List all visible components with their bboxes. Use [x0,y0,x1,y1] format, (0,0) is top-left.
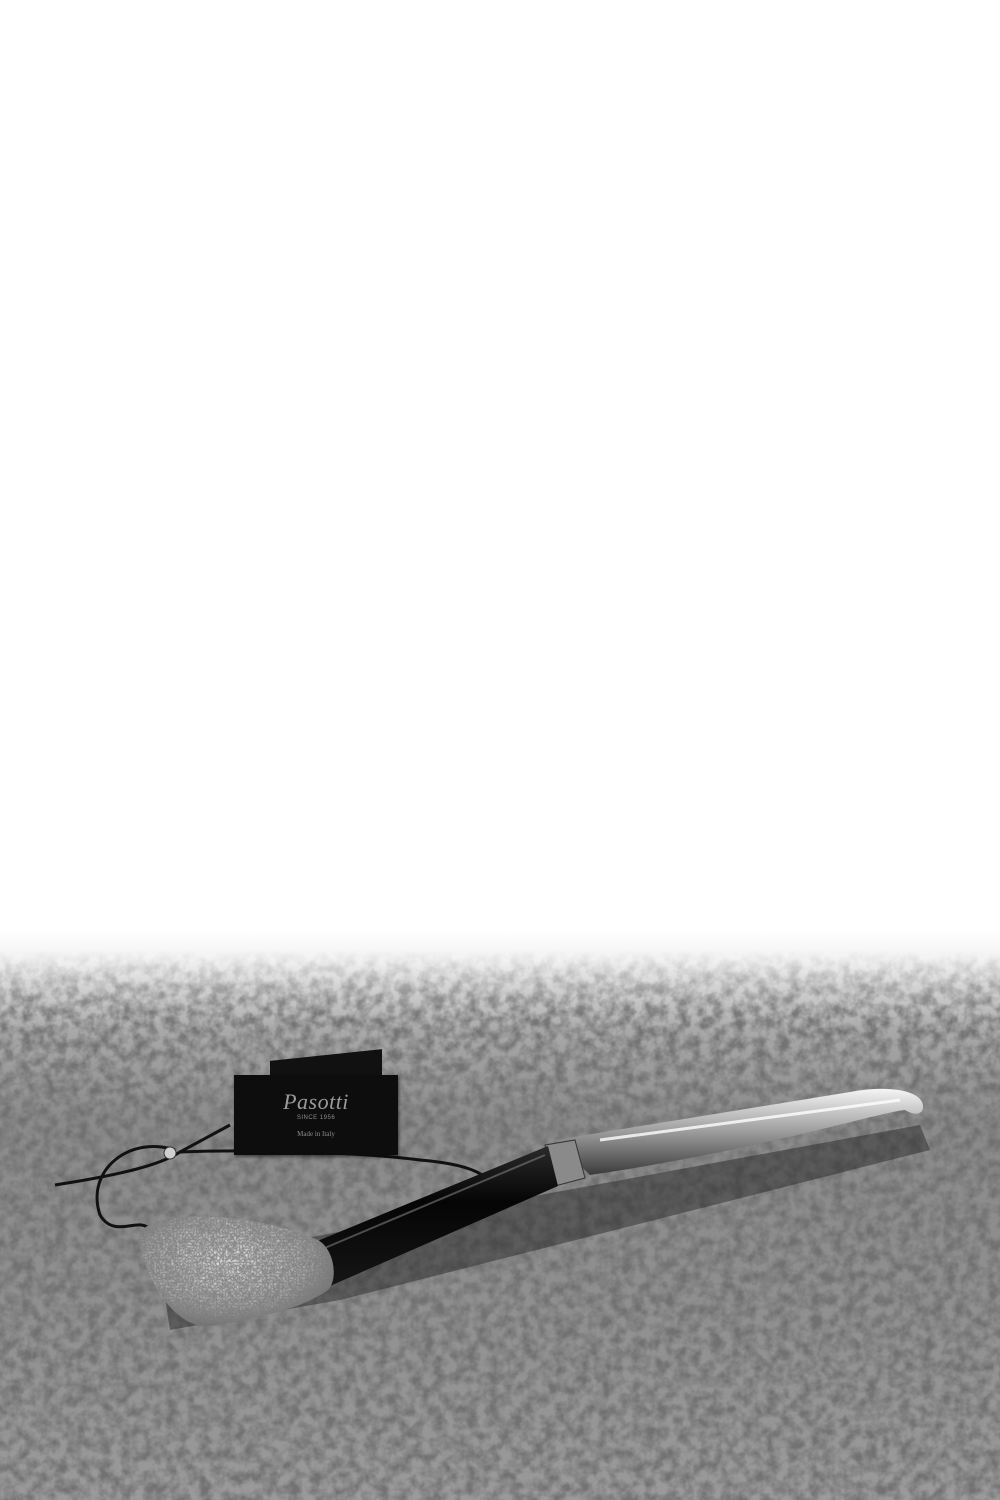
cord-bead [164,1147,176,1159]
product-photo: Pasotti SINCE 1956 Made in Italy [0,0,1000,1500]
tag-brand: Pasotti [234,1089,398,1115]
tag-origin: Made in Italy [234,1130,398,1138]
hang-tag: Pasotti SINCE 1956 Made in Italy [234,1075,398,1155]
shoe-horn-shaft [315,1146,558,1286]
shoe-horn-blade [555,1089,923,1175]
tag-since: SINCE 1956 [234,1115,398,1121]
shoe-horn [0,0,1000,1500]
